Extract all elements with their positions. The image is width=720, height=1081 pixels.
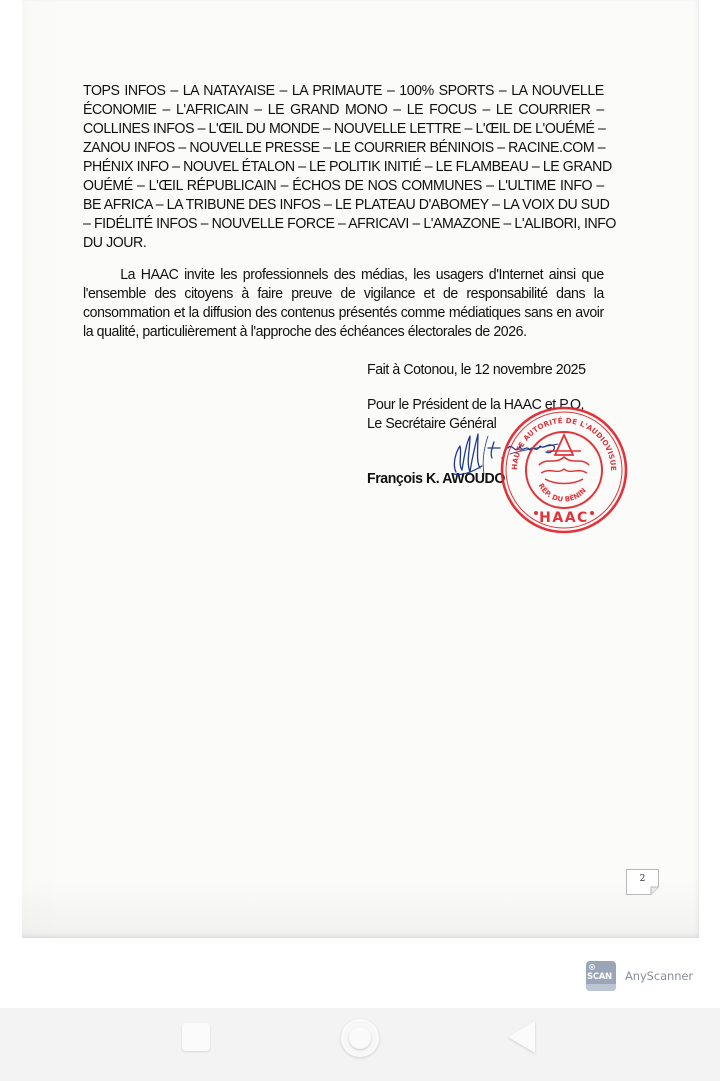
media-list-line: – FIDÉLITÉ INFOS – NOUVELLE FORCE – AFRI…: [83, 214, 604, 233]
media-list-line: OUÉMÉ – L'ŒIL RÉPUBLICAIN – ÉCHOS DE NOS…: [83, 176, 604, 195]
svg-text:HAAC: HAAC: [539, 510, 589, 526]
svg-text:RÉP. DU BÉNIN: RÉP. DU BÉNIN: [537, 482, 588, 504]
vigilance-paragraph: La HAAC invite les professionnels des mé…: [83, 265, 604, 341]
place-date: Fait à Cotonou, le 12 novembre 2025: [367, 360, 586, 379]
media-list-line: BE AFRICA – LA TRIBUNE DES INFOS – LE PL…: [83, 195, 604, 214]
media-list-line: PHÉNIX INFO – NOUVEL ÉTALON – LE POLITIK…: [83, 157, 604, 176]
paragraph-line: consommation et la diffusion des contenu…: [83, 303, 604, 322]
media-outlet-list: TOPS INFOS – LA NATAYAISE – LA PRIMAUTE …: [83, 81, 604, 252]
page-number-badge[interactable]: 2: [626, 869, 659, 895]
android-navigation-bar: [0, 1008, 720, 1081]
recents-square-icon[interactable]: [182, 1023, 210, 1051]
anyscanner-watermark: SCAN AnyScanner: [586, 961, 693, 991]
paragraph-line: La HAAC invite les professionnels des mé…: [83, 265, 604, 284]
paragraph-line: l'ensemble des citoyens à faire preuve d…: [83, 284, 604, 303]
brand-name: AnyScanner: [625, 969, 693, 983]
media-list-line: DU JOUR.: [83, 233, 604, 252]
scan-logo-icon: SCAN: [586, 961, 616, 991]
document-viewer[interactable]: TOPS INFOS – LA NATAYAISE – LA PRIMAUTE …: [0, 0, 720, 1008]
page-number: 2: [626, 874, 659, 884]
media-list-line: ÉCONOMIE – L'AFRICAIN – LE GRAND MONO – …: [83, 100, 604, 119]
media-list-line: TOPS INFOS – LA NATAYAISE – LA PRIMAUTE …: [83, 81, 604, 100]
home-circle-icon[interactable]: [341, 1019, 379, 1057]
media-list-line: ZANOU INFOS – NOUVELLE PRESSE – LE COURR…: [83, 138, 604, 157]
paragraph-line: la qualité, particulièrement à l'approch…: [83, 322, 604, 341]
media-list-line: COLLINES INFOS – L'ŒIL DU MONDE – NOUVEL…: [83, 119, 604, 138]
haac-official-seal-icon: HAUTE AUTORITÉ DE L'AUDIOVISUEL ET DE LA…: [499, 405, 629, 535]
back-triangle-icon[interactable]: [508, 1021, 535, 1053]
